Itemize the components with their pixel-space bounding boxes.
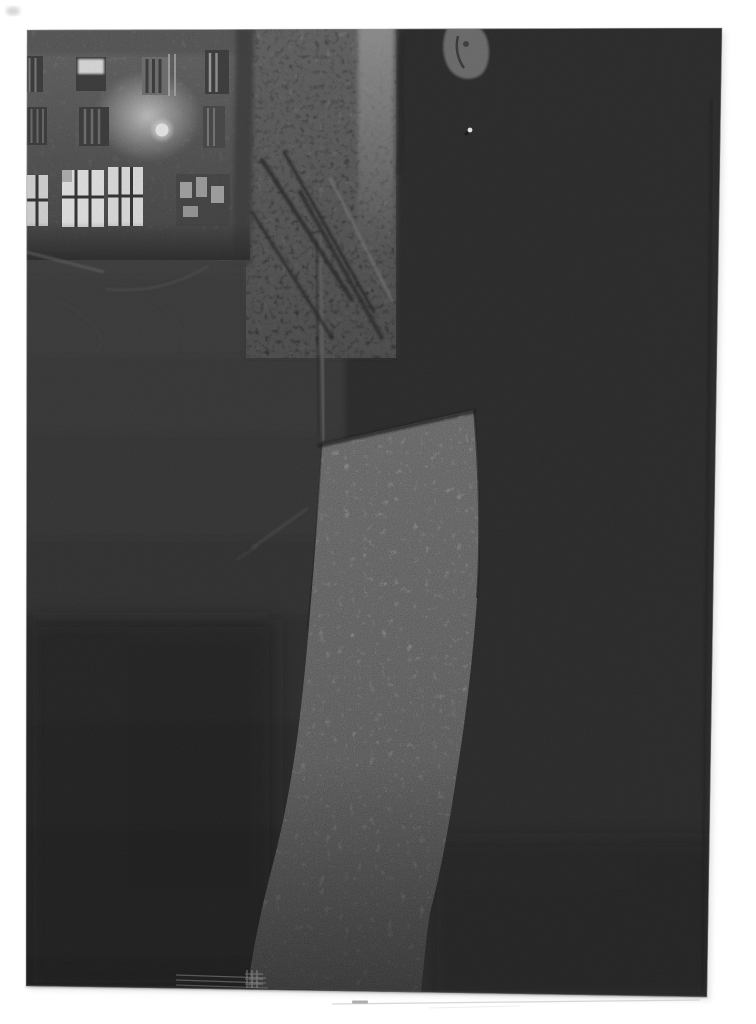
under-print-line — [332, 1000, 700, 1004]
photo-print — [0, 0, 756, 1024]
photo-scene-svg — [0, 0, 756, 1024]
film-grain-dark — [26, 26, 726, 1001]
under-print-faint-line — [430, 1006, 520, 1008]
scanned-photo-page — [0, 0, 756, 1024]
under-print-dash — [352, 1001, 368, 1004]
margin-smudge — [6, 7, 20, 16]
